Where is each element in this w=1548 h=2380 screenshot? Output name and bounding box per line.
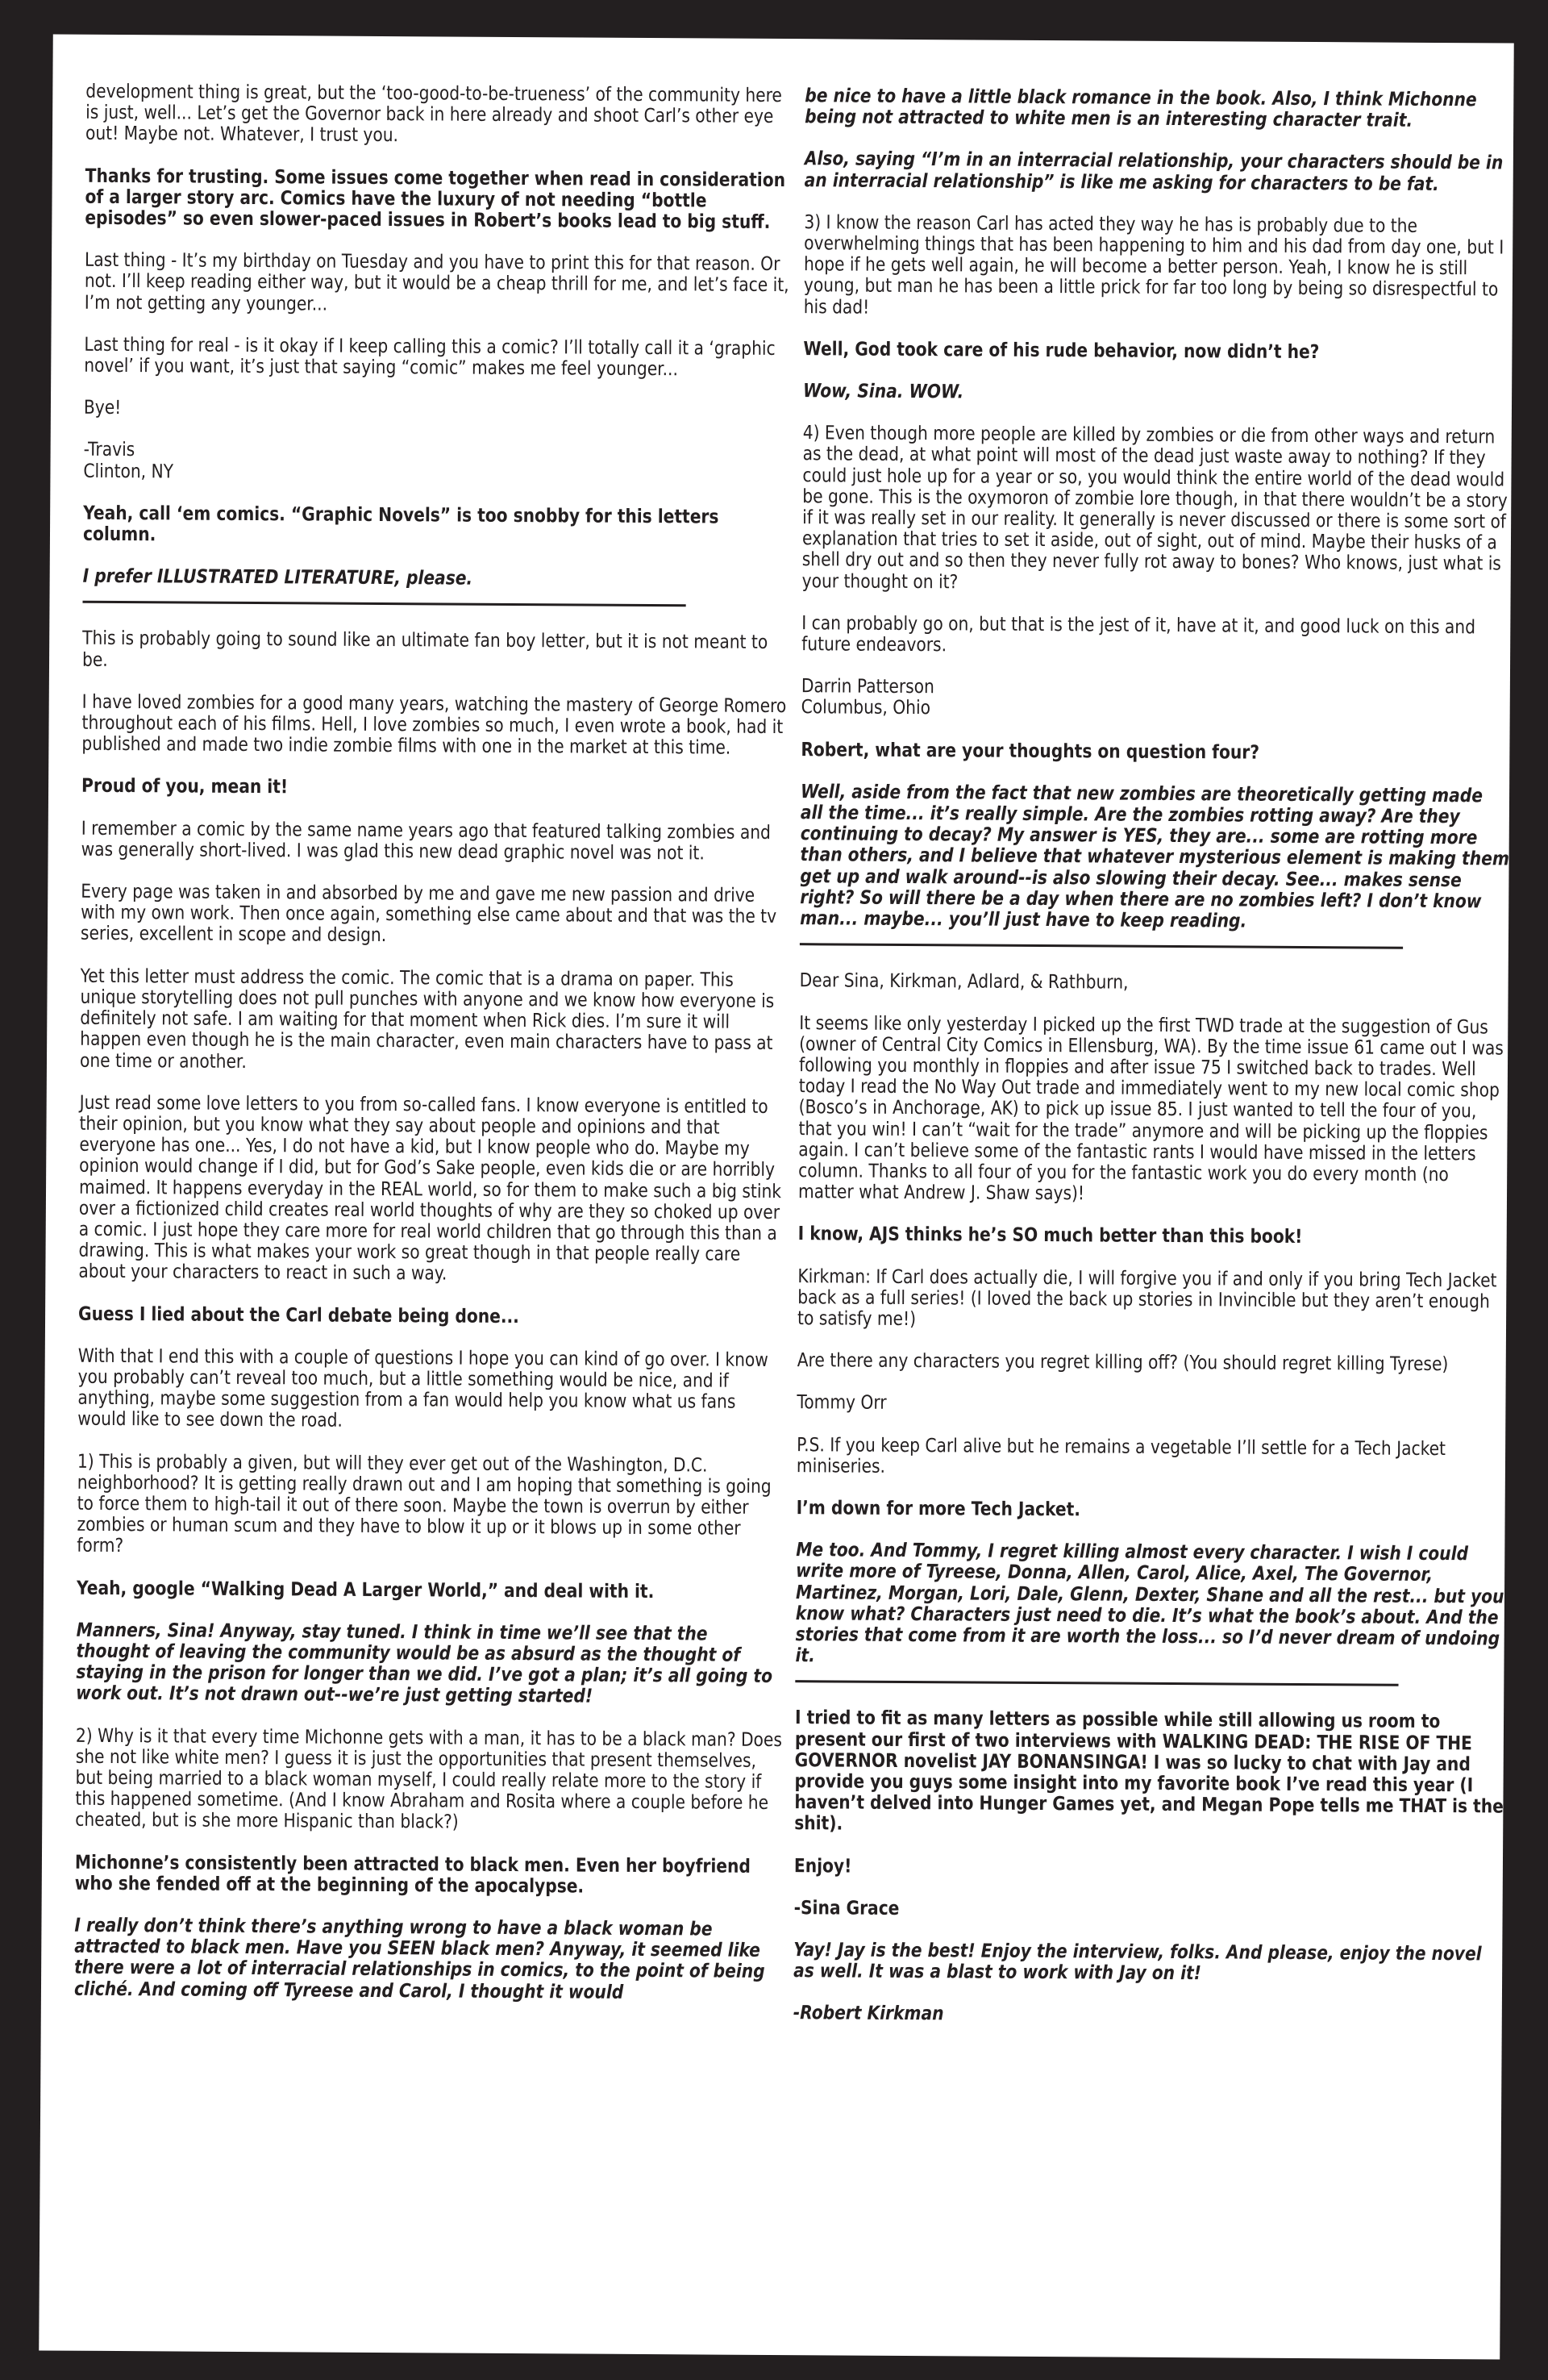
letter-paragraph: Just read some love letters to you from …	[78, 1091, 789, 1286]
letter-paragraph: Dear Sina, Kirkman, Adlard, & Rathburn,	[800, 969, 1509, 995]
letter-paragraph: Last thing - It’s my birthday on Tuesday…	[85, 249, 794, 317]
kirkman-reply: Manners, Sina! Anyway, stay tuned. I thi…	[76, 1619, 785, 1707]
editor-reply: I know, AJS thinks he’s SO much better t…	[798, 1223, 1508, 1248]
letters-page: development thing is great, but the ‘too…	[39, 34, 1514, 2359]
letter-paragraph: P.S. If you keep Carl alive but he remai…	[797, 1434, 1506, 1481]
section-divider	[795, 1681, 1398, 1687]
letter-paragraph: It seems like only yesterday I picked up…	[798, 1012, 1508, 1207]
editor-reply: Guess I lied about the Carl debate being…	[78, 1303, 788, 1328]
editor-reply: Yeah, google “Walking Dead A Larger Worl…	[77, 1577, 786, 1603]
letter-paragraph: Kirkman: If Carl does actually die, I wi…	[797, 1265, 1507, 1333]
kirkman-reply: Well, aside from the fact that new zombi…	[800, 781, 1510, 933]
kirkman-reply: Me too. And Tommy, I regret killing almo…	[795, 1539, 1505, 1670]
section-divider	[800, 943, 1403, 949]
editor-reply: I tried to fit as many letters as possib…	[794, 1707, 1504, 1839]
letter-paragraph: With that I end this with a couple of qu…	[77, 1344, 787, 1433]
editor-reply: Enjoy!	[794, 1855, 1504, 1881]
letter-paragraph: -Travis Clinton, NY	[83, 439, 793, 486]
right-column-content: be nice to have a little black romance i…	[793, 85, 1514, 2028]
left-column-content: development thing is great, but the ‘too…	[74, 81, 795, 2003]
kirkman-reply: Wow, Sina. WOW.	[803, 380, 1513, 406]
letter-paragraph: Are there any characters you regret kill…	[797, 1349, 1507, 1375]
letter-paragraph: Tommy Orr	[797, 1392, 1506, 1418]
kirkman-reply: Yay! Jay is the best! Enjoy the intervie…	[793, 1939, 1503, 1986]
editor-reply: Michonne’s consistently been attracted t…	[75, 1851, 784, 1898]
letter-paragraph: Bye!	[84, 397, 793, 423]
editor-reply: -Sina Grace	[794, 1897, 1504, 1923]
letter-paragraph: Last thing for real - is it okay if I ke…	[84, 334, 793, 381]
editor-reply: I’m down for more Tech Jacket.	[797, 1497, 1506, 1523]
editor-reply: Well, God took care of his rude behavior…	[803, 338, 1513, 364]
kirkman-reply: I really don’t think there’s anything wr…	[74, 1915, 784, 2003]
letter-paragraph: 1) This is probably a given, but will th…	[77, 1450, 787, 1560]
editor-reply: Yeah, call ‘em comics. “Graphic Novels” …	[83, 502, 793, 549]
kirkman-reply: I prefer ILLUSTRATED LITERATURE, please.	[83, 565, 793, 591]
letter-paragraph: Yet this letter must address the comic. …	[80, 965, 790, 1074]
section-divider	[82, 601, 685, 607]
right-column: be nice to have a little black romance i…	[793, 85, 1515, 2049]
editor-reply: Robert, what are your thoughts on questi…	[801, 739, 1510, 765]
letter-paragraph: This is probably going to sound like an …	[82, 627, 792, 674]
letter-paragraph: 2) Why is it that every time Michonne ge…	[75, 1724, 785, 1834]
left-column: development thing is great, but the ‘too…	[74, 81, 796, 2024]
kirkman-reply: Also, saying “I’m in an interracial rela…	[805, 148, 1514, 195]
letter-paragraph: development thing is great, but the ‘too…	[85, 81, 795, 148]
letter-paragraph: I remember a comic by the same name year…	[81, 817, 791, 864]
letter-paragraph: 3) I know the reason Carl has acted they…	[804, 211, 1514, 321]
editor-reply: Thanks for trusting. Some issues come to…	[85, 165, 794, 232]
letter-paragraph: Every page was taken in and absorbed by …	[81, 881, 790, 948]
editor-reply: Proud of you, mean it!	[81, 775, 791, 801]
letter-paragraph: Darrin Patterson Columbus, Ohio	[801, 675, 1511, 722]
letter-paragraph: I have loved zombies for a good many yea…	[81, 691, 791, 759]
kirkman-reply: be nice to have a little black romance i…	[805, 85, 1514, 131]
letter-paragraph: 4) Even though more people are killed by…	[802, 422, 1513, 595]
kirkman-reply: -Robert Kirkman	[793, 2003, 1503, 2028]
letter-paragraph: I can probably go on, but that is the je…	[801, 612, 1511, 659]
